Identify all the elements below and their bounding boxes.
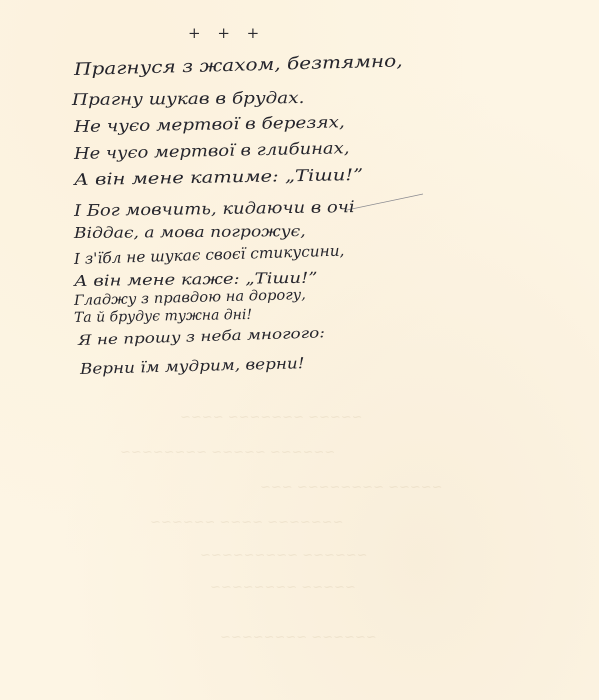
manuscript-page: ~~~~~ ~~~~~~~ ~~~~ ~~~~~~ ~~~~~ ~~~~~~~~… — [0, 0, 599, 700]
bleed-through-text: ~~~~~ ~~~~~~~~ ~~~ — [260, 480, 443, 495]
bleed-through-text: ~~~~~~ ~~~~~~~~ — [220, 630, 377, 645]
bleed-through-text: ~~~~~~ ~~~~~ ~~~~~~~~ — [120, 445, 335, 460]
poem-line: Не чуєо мертвої в березях, — [74, 112, 345, 136]
poem-line: І з'їбл не шукає своєї стикусини, — [74, 242, 345, 268]
poem-line: Гладжу з правдою на дорогу, — [74, 287, 306, 309]
poem-line: Не чуєо мертвої в глибинах, — [74, 138, 350, 163]
correction-stroke — [345, 192, 425, 212]
bleed-through-text: ~~~~~~ ~~~~~~~~~ — [200, 548, 368, 563]
bleed-through-text: ~~~~~ ~~~~~~~~ — [210, 580, 356, 595]
header-mark: + + + — [188, 24, 265, 42]
poem-line: Віддає, а мова погрожує, — [74, 222, 306, 242]
bleed-through-text: ~~~~~~~ ~~~~ ~~~~~~ — [150, 515, 343, 530]
poem-line: Прагну шукав в брудах. — [72, 88, 305, 109]
poem-line: І Бог мовчить, кидаючи в очі — [74, 197, 355, 220]
poem-line: Та й брудує тужна дні! — [74, 307, 252, 326]
poem-line: Верни їм мудрим, верни! — [80, 354, 305, 378]
poem-line: Прагнуся з жахом, безтямно, — [74, 51, 403, 80]
poem-line: Я не прошу з неба многого: — [78, 325, 325, 349]
poem-line: А він мене катиме: „Тіши!” — [74, 165, 363, 189]
bleed-through-text: ~~~~~ ~~~~~~~ ~~~~ — [180, 410, 363, 425]
